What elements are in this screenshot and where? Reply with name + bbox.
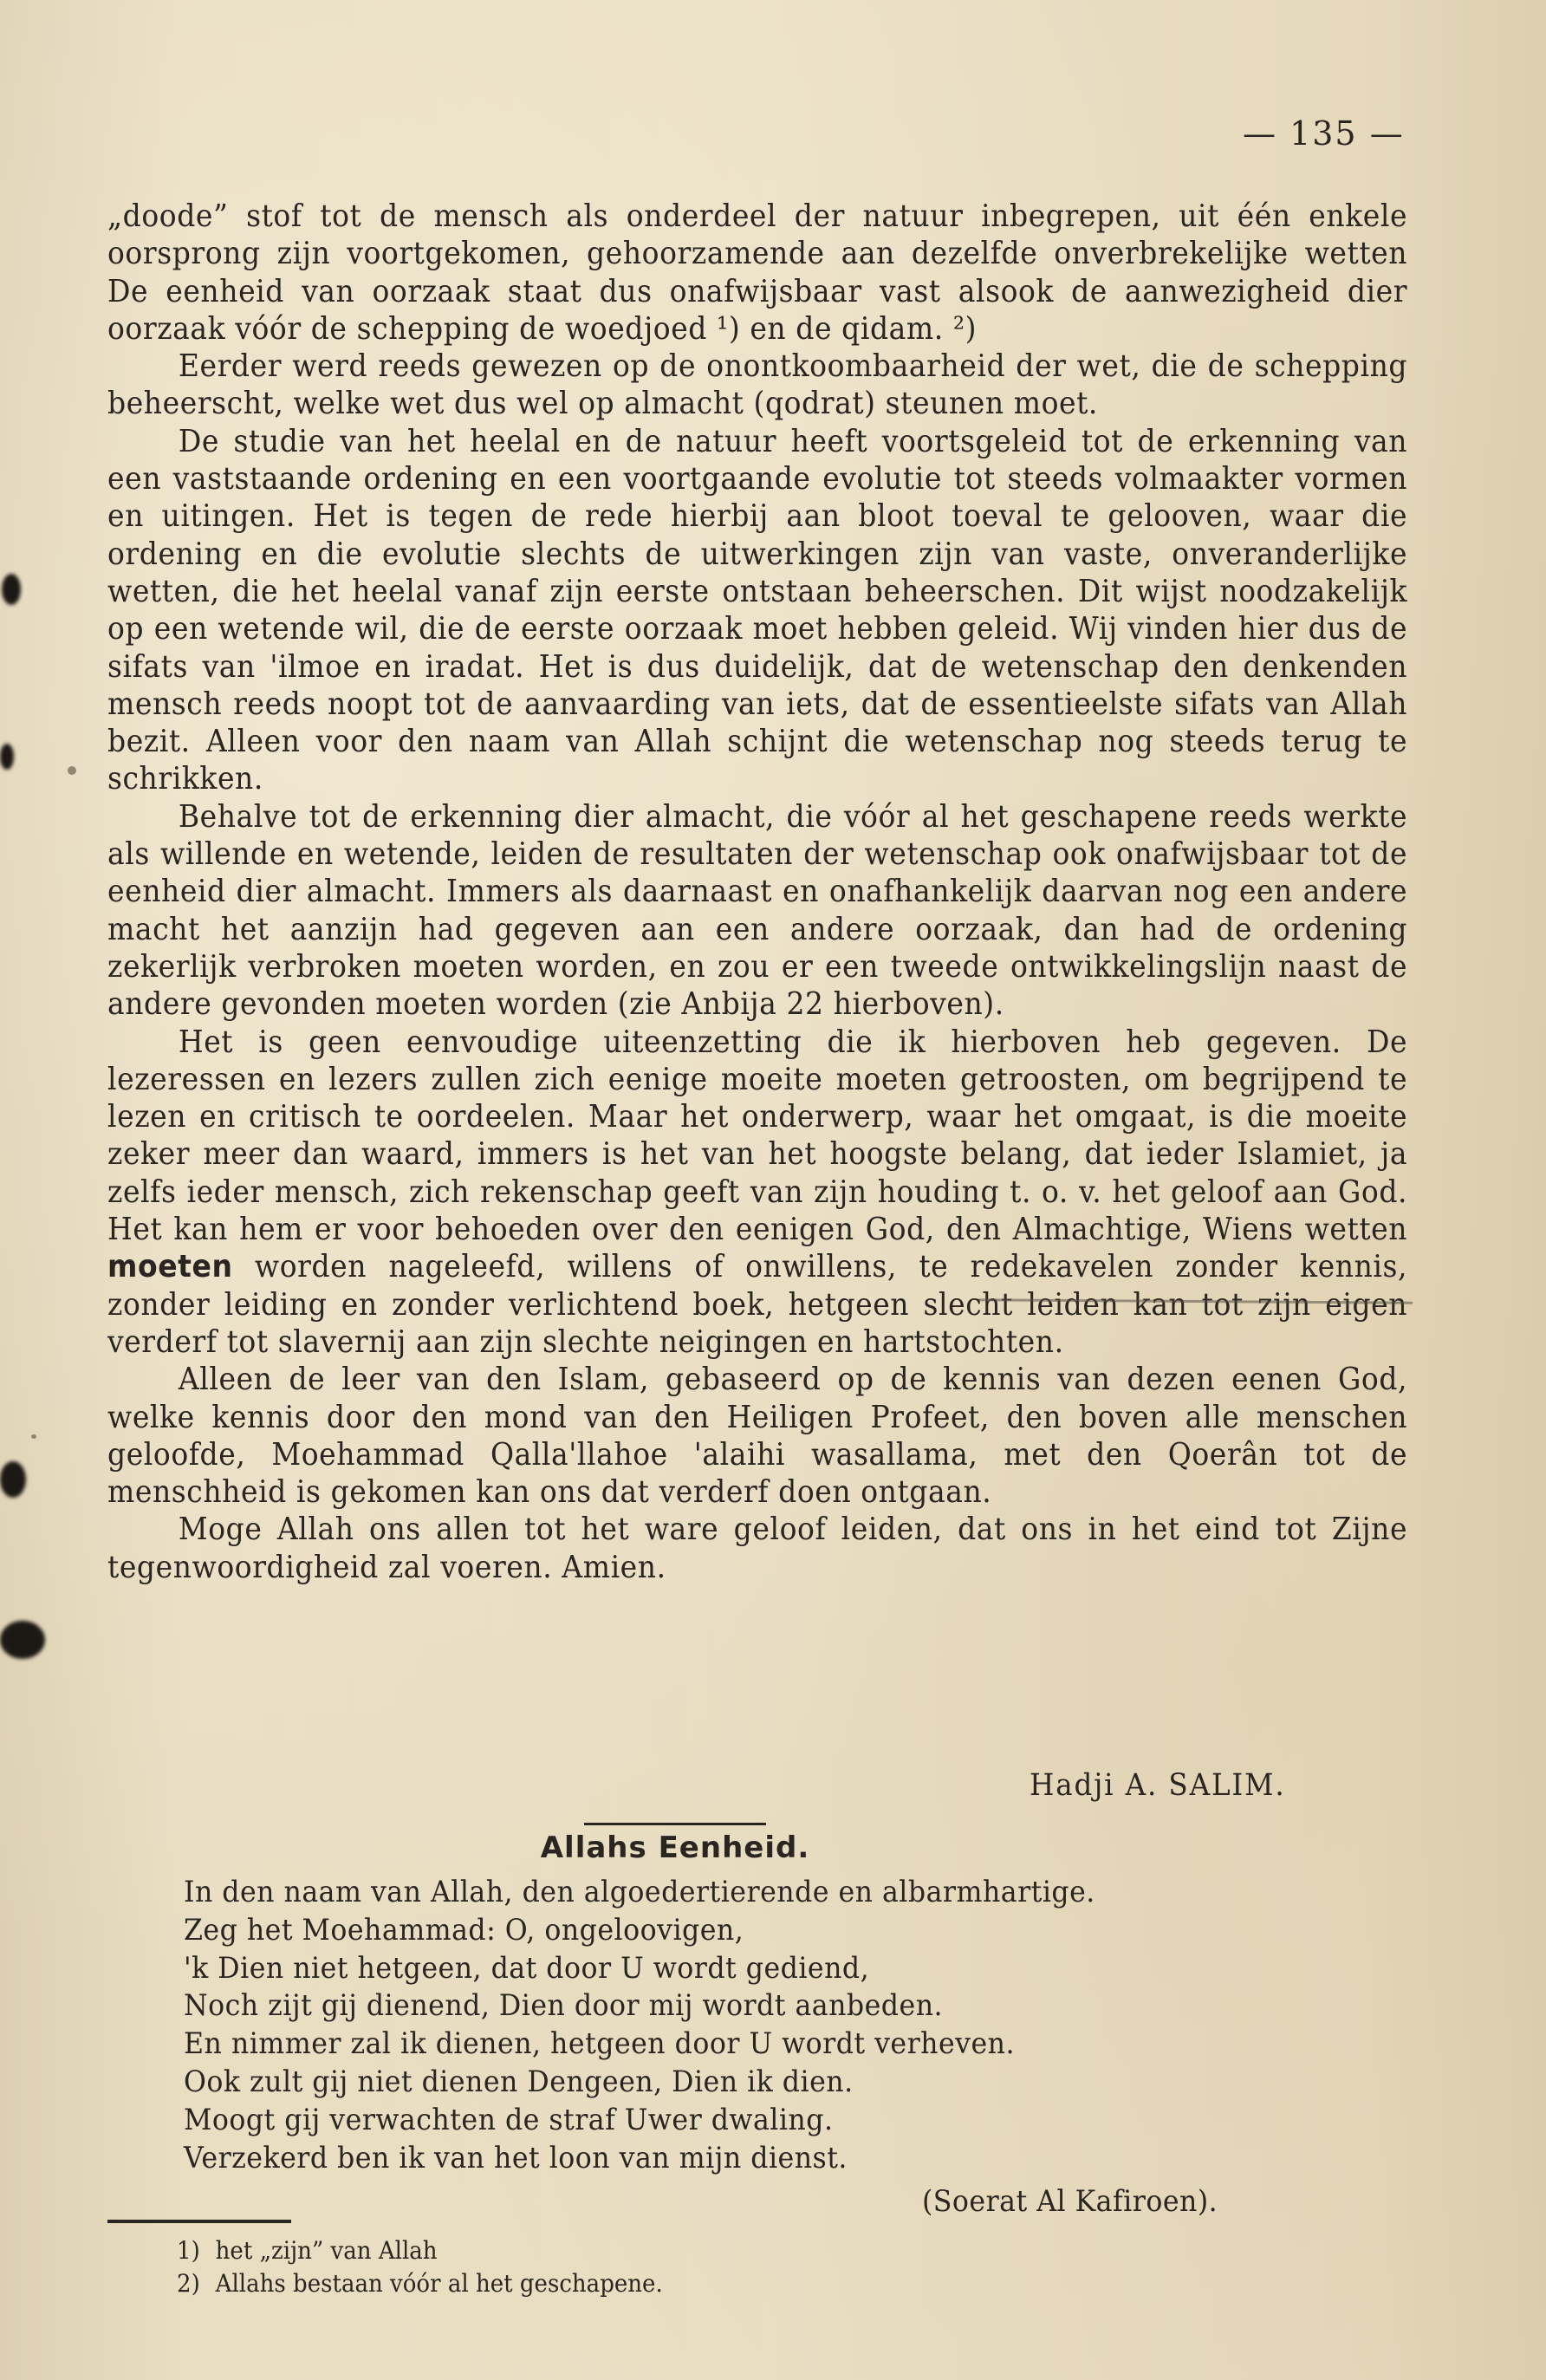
poem-line: Ook zult gij niet dienen Dengeen, Dien i…	[184, 2064, 1095, 2102]
footnote-text: het „zijn” van Allah	[216, 2236, 438, 2265]
paragraph: „doode” stof tot de mensch als onderdeel…	[107, 198, 1407, 348]
author-signature: Hadji A. SALIM.	[1030, 1768, 1286, 1803]
paragraph: Behalve tot de erkenning dier almacht, d…	[107, 798, 1407, 1024]
footnote-number: 2)	[177, 2267, 216, 2300]
paragraph: De studie van het heelal en de natuur he…	[107, 423, 1407, 798]
paragraph: Alleen de leer van den Islam, gebaseerd …	[107, 1361, 1407, 1511]
poem-source: (Soerat Al Kafiroen).	[922, 2184, 1218, 2219]
ink-blot-mark	[0, 1621, 45, 1659]
page-number: — 135 —	[1243, 114, 1405, 153]
ink-blot-mark	[0, 744, 14, 770]
poem-line: En nimmer zal ik dienen, hetgeen door U …	[184, 2026, 1095, 2064]
paragraph-text: worden nageleefd, willens of onwillens, …	[107, 1249, 1407, 1360]
poem-verses: In den naam van Allah, den algoedertiere…	[184, 1874, 1095, 2177]
footnote-text: Allahs bestaan vóór al het geschapene.	[216, 2269, 663, 2298]
poem-line: In den naam van Allah, den algoedertiere…	[184, 1874, 1095, 1912]
poem-line: Noch zijt gij dienend, Dien door mij wor…	[184, 1987, 1095, 2026]
poem-line: 'k Dien niet hetgeen, dat door U wordt g…	[184, 1950, 1095, 1988]
section-divider	[584, 1823, 766, 1825]
footnotes: 1)het „zijn” van Allah 2)Allahs bestaan …	[177, 2234, 663, 2300]
poem-line: Zeg het Moehammad: O, ongeloovigen,	[184, 1912, 1095, 1950]
paragraph: Eerder werd reeds gewezen op de onontkoo…	[107, 348, 1407, 423]
emphasized-word: moeten	[107, 1249, 233, 1284]
article-body: „doode” stof tot de mensch als onderdeel…	[107, 198, 1407, 1586]
footnote-divider	[107, 2220, 291, 2223]
poem-title: Allahs Eenheid.	[107, 1831, 1243, 1865]
ink-blot-mark	[0, 1461, 26, 1498]
ink-speck	[68, 766, 76, 775]
ink-speck	[31, 1434, 36, 1439]
poem-line: Moogt gij verwachten de straf Uwer dwali…	[184, 2102, 1095, 2140]
footnote-number: 1)	[177, 2234, 216, 2267]
paragraph: Moge Allah ons allen tot het ware geloof…	[107, 1511, 1407, 1586]
paragraph-text: Het is geen eenvoudige uiteenzetting die…	[107, 1024, 1407, 1247]
footnote-item: 2)Allahs bestaan vóór al het geschapene.	[177, 2267, 663, 2300]
footnote-item: 1)het „zijn” van Allah	[177, 2234, 663, 2267]
poem-line: Verzekerd ben ik van het loon van mijn d…	[184, 2140, 1095, 2178]
paragraph-with-emphasis: Het is geen eenvoudige uiteenzetting die…	[107, 1024, 1407, 1362]
ink-blot-mark	[2, 574, 21, 605]
